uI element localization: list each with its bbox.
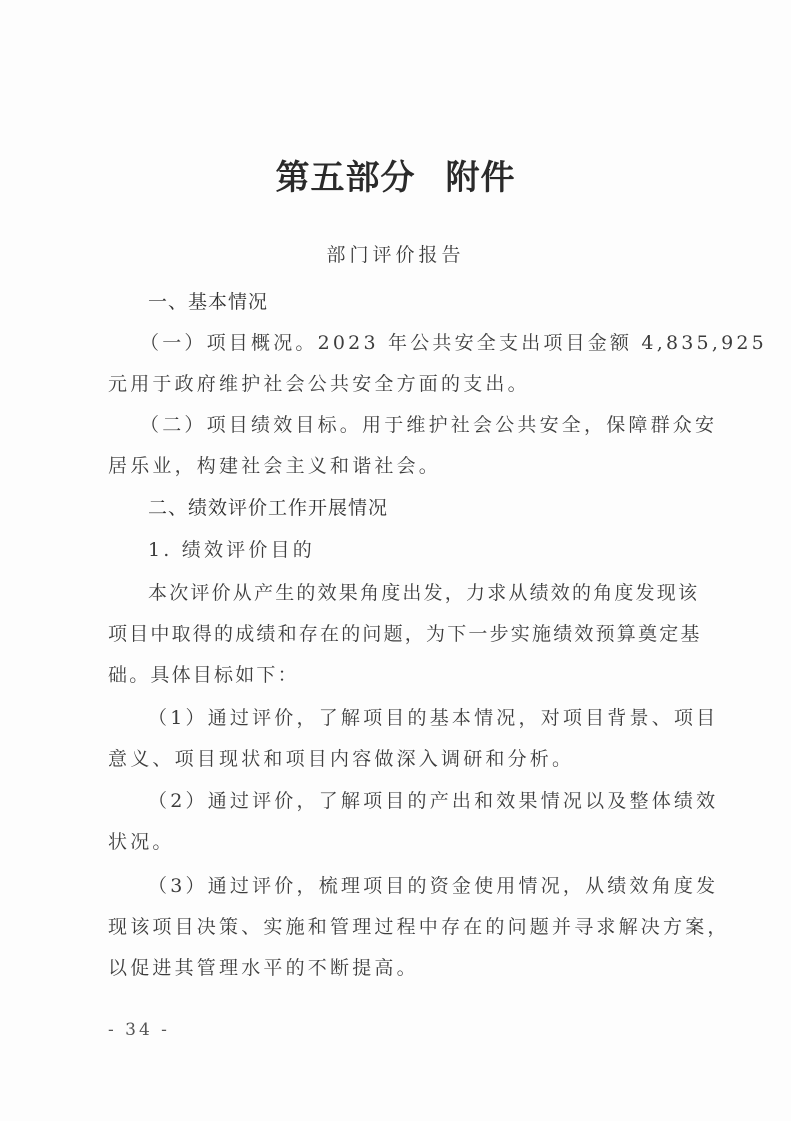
paragraph-line: 础。具体目标如下： — [108, 660, 299, 687]
report-title: 部门评价报告 — [0, 240, 791, 267]
part-title: 第五部分附件 — [0, 150, 791, 199]
paragraph-line: 元用于政府维护社会公共安全方面的支出。 — [108, 369, 530, 396]
paragraph-line: 现该项目决策、实施和管理过程中存在的问题并寻求解决方案， — [108, 912, 730, 939]
paragraph-line: （1）通过评价，了解项目的基本情况，对项目背景、项目 — [148, 703, 718, 730]
paragraph-line: 状况。 — [108, 827, 175, 854]
paragraph-line: （2）通过评价，了解项目的产出和效果情况以及整体绩效 — [148, 786, 718, 813]
part-title-left: 第五部分 — [276, 158, 416, 198]
section-heading-basic-info: 一、基本情况 — [148, 287, 268, 314]
paragraph-line: 意义、项目现状和项目内容做深入调研和分析。 — [108, 744, 574, 771]
subheading-evaluation-purpose: 1. 绩效评价目的 — [148, 535, 315, 562]
section-heading-evaluation: 二、绩效评价工作开展情况 — [148, 493, 388, 520]
document-page: 第五部分附件 部门评价报告 一、基本情况 （一）项目概况。2023 年公共安全支… — [0, 0, 791, 1121]
part-title-right: 附件 — [446, 158, 516, 198]
page-number: - 34 - — [108, 1020, 170, 1040]
paragraph-line: 居乐业，构建社会主义和谐社会。 — [108, 451, 441, 478]
paragraph-line: （3）通过评价，梳理项目的资金使用情况，从绩效角度发 — [148, 871, 718, 898]
paragraph-line: （二）项目绩效目标。用于维护社会公共安全，保障群众安 — [140, 410, 717, 437]
paragraph-line: 项目中取得的成绩和存在的问题，为下一步实施绩效预算奠定基 — [108, 619, 702, 646]
paragraph-line: 本次评价从产生的效果角度出发，力求从绩效的角度发现该 — [148, 578, 699, 605]
paragraph-line: （一）项目概况。2023 年公共安全支出项目金额 4,835,925 — [140, 328, 767, 355]
paragraph-line: 以促进其管理水平的不断提高。 — [108, 953, 419, 980]
